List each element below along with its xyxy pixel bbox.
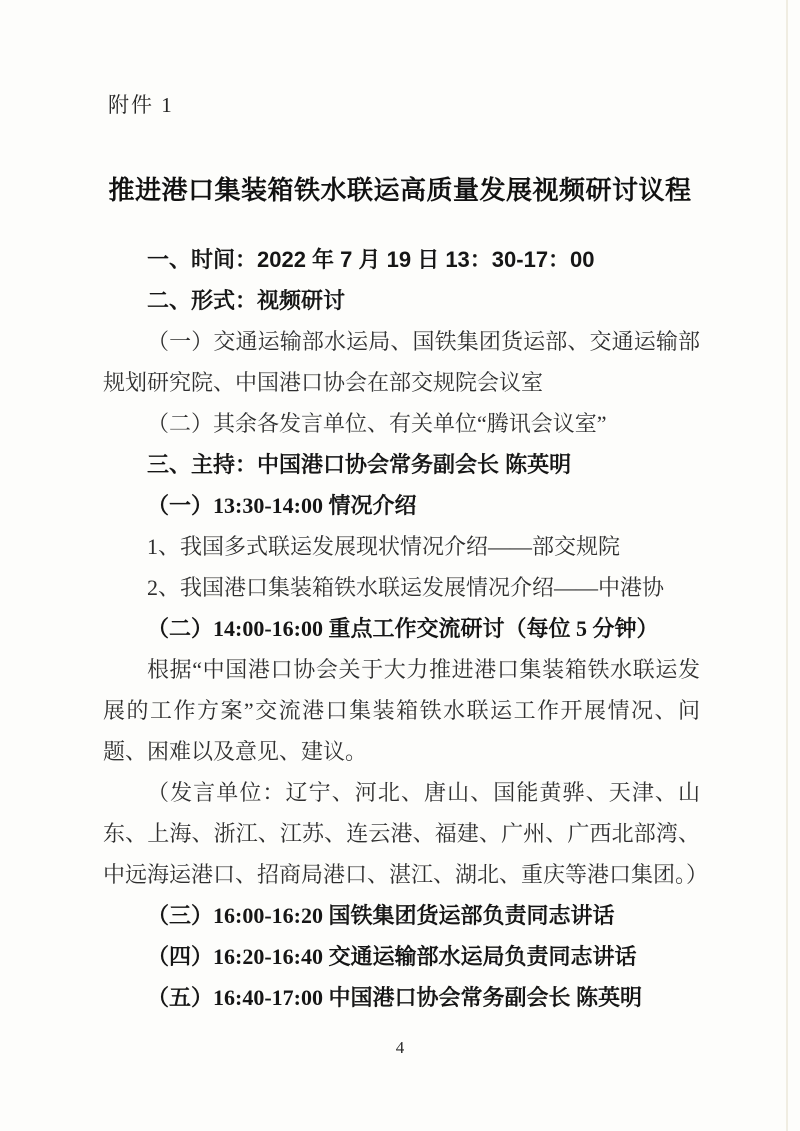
- scan-edge-artifact: [786, 0, 788, 1131]
- paragraph-intro-2: 2、我国港口集装箱铁水联运发展情况介绍——中港协: [103, 567, 700, 608]
- page-number: 4: [0, 1038, 800, 1058]
- paragraph-time: 一、时间：2022 年 7 月 19 日 13：30-17：00: [103, 239, 700, 280]
- paragraph-venue-2: （二）其余各发言单位、有关单位“腾讯会议室”: [103, 403, 700, 444]
- document-body: 一、时间：2022 年 7 月 19 日 13：30-17：00 二、形式：视频…: [0, 239, 800, 1018]
- agenda-item-4: （四）16:20-16:40 交通运输部水运局负责同志讲话: [103, 936, 700, 977]
- paragraph-host: 三、主持：中国港口协会常务副会长 陈英明: [103, 444, 700, 485]
- document-title: 推进港口集装箱铁水联运高质量发展视频研讨议程: [0, 174, 800, 208]
- agenda-item-5: （五）16:40-17:00 中国港口协会常务副会长 陈英明: [103, 977, 700, 1018]
- paragraph-venue-1: （一）交通运输部水运局、国铁集团货运部、交通运输部规划研究院、中国港口协会在部交…: [103, 321, 700, 403]
- paragraph-format: 二、形式：视频研讨: [103, 280, 700, 321]
- document-page: 附件 1 推进港口集装箱铁水联运高质量发展视频研讨议程 一、时间：2022 年 …: [0, 0, 800, 1131]
- agenda-item-2: （二）14:00-16:00 重点工作交流研讨（每位 5 分钟）: [103, 608, 700, 649]
- paragraph-intro-1: 1、我国多式联运发展现状情况介绍——部交规院: [103, 526, 700, 567]
- agenda-item-3: （三）16:00-16:20 国铁集团货运部负责同志讲话: [103, 895, 700, 936]
- agenda-item-1: （一）13:30-14:00 情况介绍: [103, 485, 700, 526]
- paragraph-speaker-units: （发言单位：辽宁、河北、唐山、国能黄骅、天津、山东、上海、浙江、江苏、连云港、福…: [103, 772, 700, 895]
- paragraph-discussion-desc: 根据“中国港口协会关于大力推进港口集装箱铁水联运发展的工作方案”交流港口集装箱铁…: [103, 649, 700, 772]
- attachment-label: 附件 1: [0, 0, 800, 118]
